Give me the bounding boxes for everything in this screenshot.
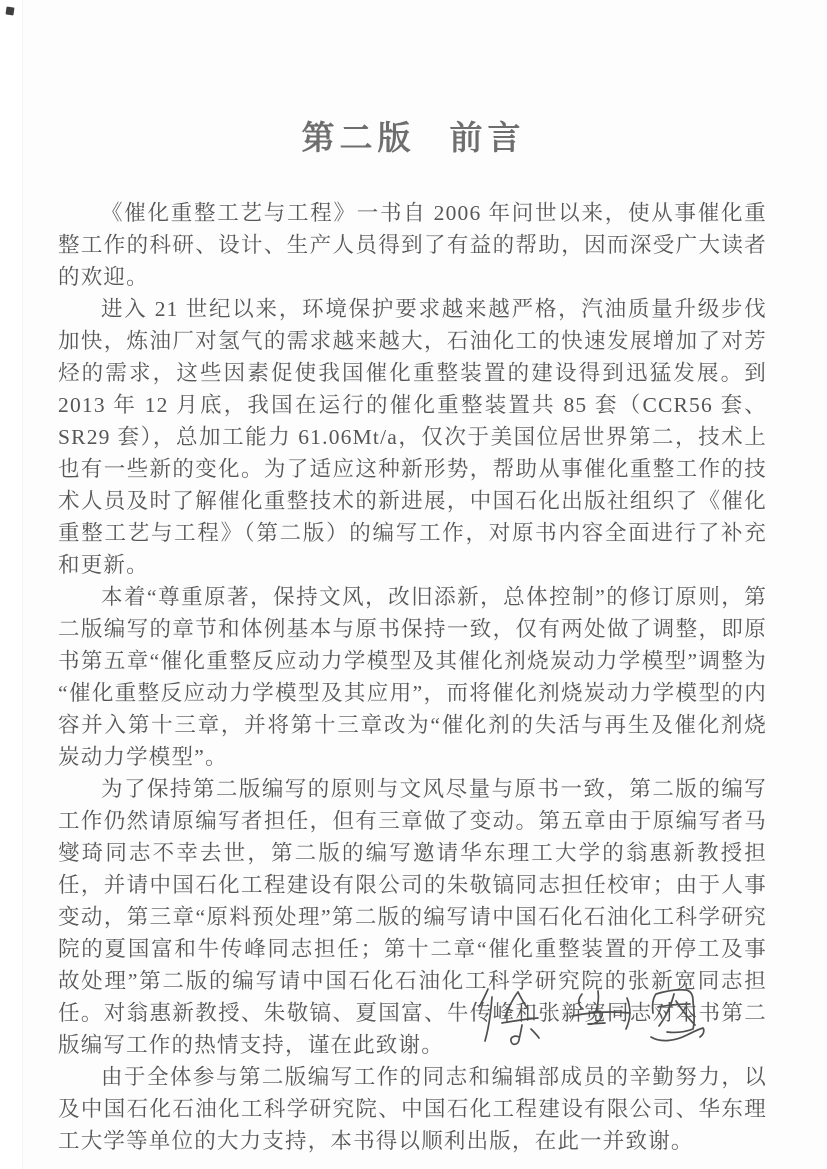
paragraph: 进入 21 世纪以来，环境保护要求越来越严格，汽油质量升级步伐加快，炼油厂对氢气… [58,293,767,581]
scan-edge-strip [0,0,23,1169]
title-edition: 第二版 [302,112,416,159]
book-page: 第二版 前言 《催化重整工艺与工程》一书自 2006 年问世以来，使从事催化重整… [0,0,827,1169]
paragraph: 《催化重整工艺与工程》一书自 2006 年问世以来，使从事催化重整工作的科研、设… [58,197,767,293]
title-text: 前言 [450,112,526,159]
paragraph: 本着“尊重原著，保持文风，改旧添新，总体控制”的修订原则，第二版编写的章节和体例… [58,581,767,773]
page-title: 第二版 前言 [0,0,827,159]
scan-artifact-mark [5,6,14,15]
signature-handwriting-icon [455,985,745,1075]
author-signature: 徐承恩 [455,985,755,1080]
